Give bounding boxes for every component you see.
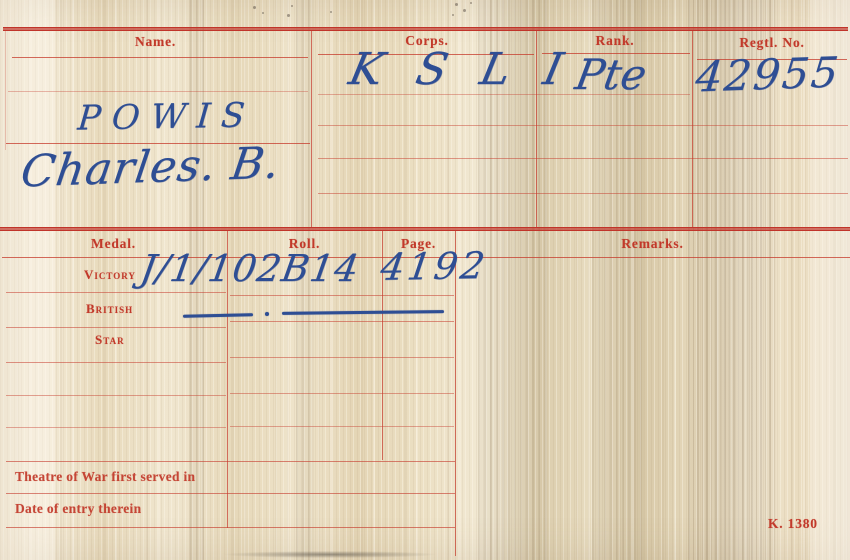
date-of-entry-label: Date of entry therein bbox=[15, 501, 141, 517]
corps-handwriting: K S L I bbox=[345, 48, 576, 92]
scan-edge-smudge bbox=[225, 551, 435, 558]
medal-row-star-label: Star bbox=[95, 332, 125, 348]
rule-name-corps-divider bbox=[311, 31, 312, 227]
rule-row bbox=[6, 362, 226, 363]
rule-card-bottom bbox=[6, 527, 455, 528]
rule-row bbox=[6, 292, 226, 293]
medal-row-british-label: British bbox=[86, 301, 133, 317]
rule-theatre-bottom bbox=[6, 493, 455, 494]
ditto-mark-british-right bbox=[282, 310, 444, 314]
medal-row-victory-label: Victory bbox=[84, 267, 136, 283]
roll-number-handwriting: J/1/102B14 bbox=[138, 250, 362, 287]
form-reference-number: K. 1380 bbox=[768, 516, 818, 532]
regtl-no-handwriting: 42955 bbox=[693, 52, 842, 99]
ditto-mark-british-left bbox=[183, 313, 253, 317]
rule-top-bold bbox=[3, 27, 848, 31]
rule-row bbox=[230, 393, 454, 394]
rule-row bbox=[8, 91, 308, 92]
paper-speck bbox=[470, 2, 472, 4]
rank-handwriting: Pte bbox=[572, 54, 649, 96]
rule-section-bold bbox=[0, 227, 850, 231]
rule-name-underline bbox=[12, 57, 308, 58]
rule-row bbox=[318, 193, 848, 194]
rule-row bbox=[230, 321, 454, 322]
theatre-of-war-label: Theatre of War first served in bbox=[15, 469, 195, 485]
paper-speck bbox=[262, 12, 264, 14]
rule-row bbox=[230, 426, 454, 427]
forenames-handwriting: Charles. B. bbox=[18, 142, 283, 195]
rule-theatre-top bbox=[6, 461, 455, 462]
paper-speck bbox=[291, 5, 293, 7]
paper-speck bbox=[287, 14, 290, 17]
ditto-mark-british-dot bbox=[265, 312, 269, 316]
paper-speck bbox=[463, 9, 466, 12]
remarks-column-header: Remarks. bbox=[455, 236, 850, 252]
paper-speck bbox=[330, 11, 332, 13]
rule-row bbox=[6, 327, 226, 328]
page-number-handwriting: 4192 bbox=[378, 247, 490, 286]
paper-speck bbox=[253, 6, 256, 9]
rule-row bbox=[6, 427, 226, 428]
surname-handwriting: POWIS bbox=[76, 98, 257, 135]
rule-row bbox=[318, 158, 848, 159]
rule-row bbox=[230, 357, 454, 358]
paper-speck bbox=[455, 3, 458, 6]
name-column-header: Name. bbox=[0, 34, 311, 50]
rule-row bbox=[318, 125, 848, 126]
paper-speck bbox=[452, 14, 454, 16]
rule-row bbox=[6, 395, 226, 396]
medal-index-card: Name. Corps. Rank. Regtl. No. Medal. Rol… bbox=[0, 0, 850, 560]
rule-rank-regtl-divider bbox=[692, 31, 693, 227]
rule-row bbox=[230, 295, 454, 296]
